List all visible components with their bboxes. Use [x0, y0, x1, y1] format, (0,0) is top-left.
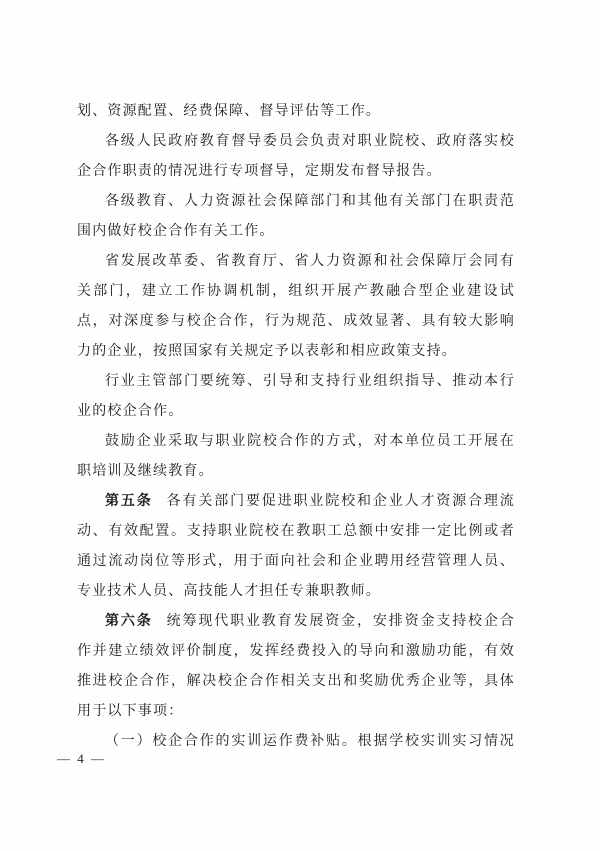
text-line: 鼓励企业采取与职业院校合作的方式，对本单位员工开展在: [77, 427, 515, 457]
document-page: 划、资源配置、经费保障、督导评估等工作。 各级人民政府教育督导委员会负责对职业院…: [0, 0, 600, 851]
article-number-5: 第五条: [105, 494, 153, 509]
text-line: 第五条各有关部门要促进职业院校和企业人才资源合理流: [77, 487, 515, 517]
article-text: 统筹现代职业教育发展资金，安排资金支持校企合: [167, 614, 515, 629]
document-body: 划、资源配置、经费保障、督导评估等工作。 各级人民政府教育督导委员会负责对职业院…: [77, 97, 515, 757]
text-line: 用于以下事项：: [77, 697, 515, 727]
text-line: 划、资源配置、经费保障、督导评估等工作。: [77, 97, 515, 127]
text-line: 职培训及继续教育。: [77, 457, 515, 487]
text-line: 各级人民政府教育督导委员会负责对职业院校、政府落实校: [77, 127, 515, 157]
text-line: 行业主管部门要统筹、引导和支持行业组织指导、推动本行: [77, 367, 515, 397]
article-text: 各有关部门要促进职业院校和企业人才资源合理流: [167, 494, 515, 509]
text-line: 围内做好校企合作有关工作。: [77, 217, 515, 247]
text-line: 业的校企合作。: [77, 397, 515, 427]
text-line: 专业技术人员、高技能人才担任专兼职教师。: [77, 577, 515, 607]
text-line: 作并建立绩效评价制度，发挥经费投入的导向和激励功能，有效: [77, 637, 515, 667]
text-line: 推进校企合作，解决校企合作相关支出和奖励优秀企业等，具体: [77, 667, 515, 697]
text-line: 通过流动岗位等形式，用于面向社会和企业聘用经营管理人员、: [77, 547, 515, 577]
page-number: — 4 —: [57, 750, 106, 768]
text-line: （一）校企合作的实训运作费补贴。根据学校实训实习情况: [77, 727, 515, 757]
text-line: 省发展改革委、省教育厅、省人力资源和社会保障厅会同有: [77, 247, 515, 277]
text-line: 第六条统筹现代职业教育发展资金，安排资金支持校企合: [77, 607, 515, 637]
text-line: 各级教育、人力资源社会保障部门和其他有关部门在职责范: [77, 187, 515, 217]
article-number-6: 第六条: [105, 614, 153, 629]
text-line: 动、有效配置。支持职业院校在教职工总额中安排一定比例或者: [77, 517, 515, 547]
text-line: 力的企业，按照国家有关规定予以表彰和相应政策支持。: [77, 337, 515, 367]
text-line: 点，对深度参与校企合作，行为规范、成效显著、具有较大影响: [77, 307, 515, 337]
text-line: 企合作职责的情况进行专项督导，定期发布督导报告。: [77, 157, 515, 187]
text-line: 关部门，建立工作协调机制，组织开展产教融合型企业建设试: [77, 277, 515, 307]
